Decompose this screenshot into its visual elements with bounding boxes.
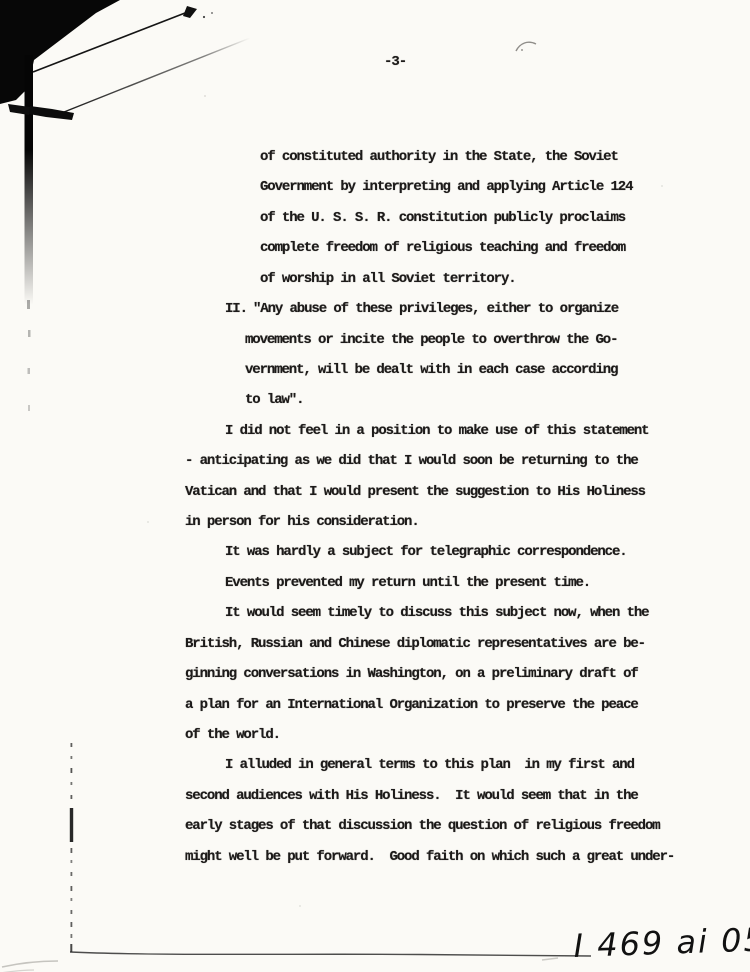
typed-line: complete freedom of religious teaching a… [0,233,750,263]
typed-line: of the U. S. S. R. constitution publicly… [0,203,750,233]
typed-line: a plan for an International Organization… [0,690,750,720]
typed-line: might well be put forward. Good faith on… [0,842,750,872]
scratch-line-artifact [8,6,250,120]
page-bottom-edge-line [0,952,591,972]
typed-line-section-ii: II."Any abuse of these privileges, eithe… [0,294,750,324]
typed-line: I alluded in general terms to this plan … [0,750,750,780]
typed-line: of the world. [0,720,750,750]
typed-line: in person for his consideration. [0,507,750,537]
handwritten-archive-code: I 469 ai 05 [573,920,750,965]
typed-text-body: of constituted authority in the State, t… [0,142,750,872]
typed-line: British, Russian and Chinese diplomatic … [0,629,750,659]
typed-line: It was hardly a subject for telegraphic … [0,537,750,567]
typed-line: vernment, will be dealt with in each cas… [0,355,750,385]
typed-line: Vatican and that I would present the sug… [0,477,750,507]
typed-line: I did not feel in a position to make use… [0,416,750,446]
typed-line: movements or incite the people to overth… [0,325,750,355]
typed-line: Events prevented my return until the pre… [0,568,750,598]
typed-line: It would seem timely to discuss this sub… [0,598,750,628]
typed-line: Government by interpreting and applying … [0,172,750,202]
typed-line: of constituted authority in the State, t… [0,142,750,172]
pencil-mark-artifact [516,42,536,51]
typed-line: second audiences with His Holiness. It w… [0,781,750,811]
page-number: -3- [384,54,406,70]
typed-line: early stages of that discussion the ques… [0,811,750,841]
typed-line: to law". [0,385,750,415]
section-ii-label: II. [225,294,253,324]
typed-line: of worship in all Soviet territory. [0,264,750,294]
typed-line: - anticipating as we did that I would so… [0,446,750,476]
typed-line: "Any abuse of these privileges, either t… [253,301,618,317]
typed-line: ginning conversations in Washington, on … [0,659,750,689]
scanned-document-page: -3- of constituted authority in the Stat… [0,0,750,972]
